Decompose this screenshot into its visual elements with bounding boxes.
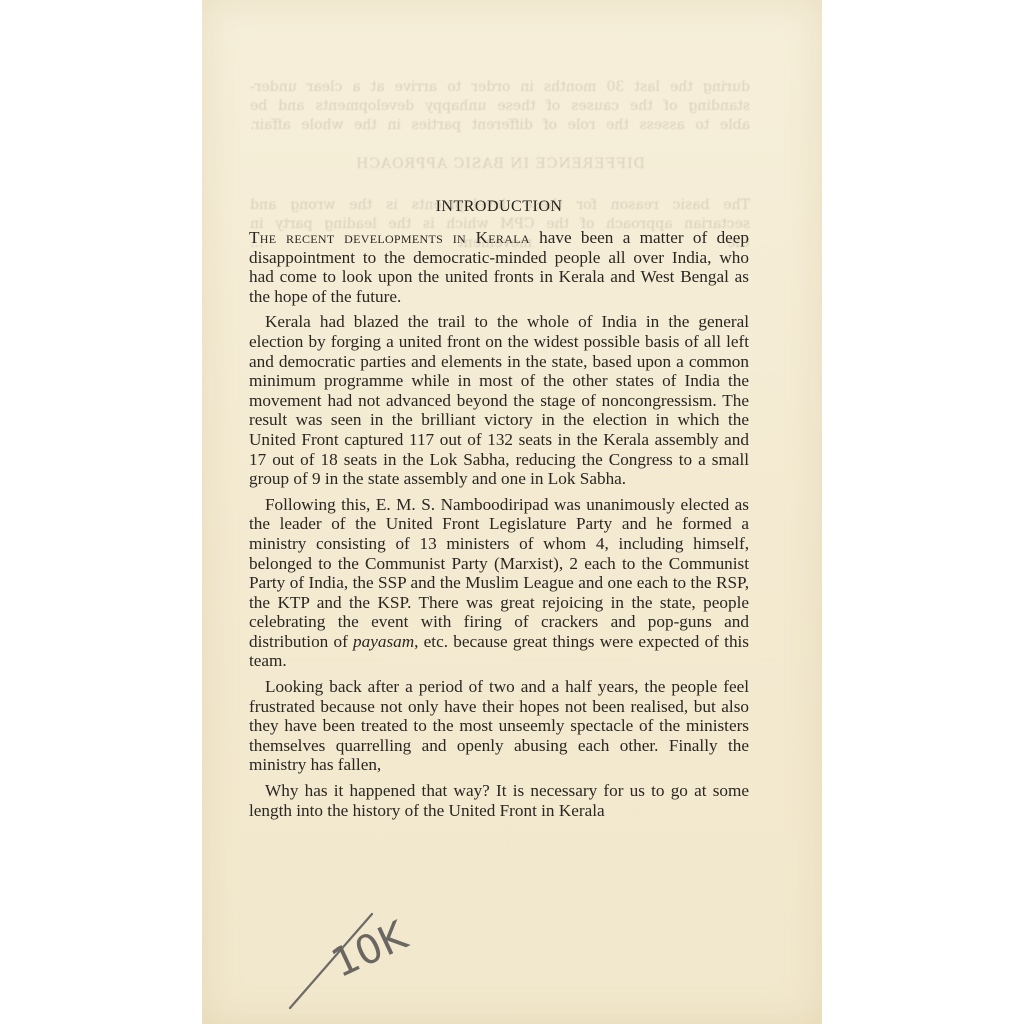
showthrough-line: during the last 30 months in order to ar…: [250, 78, 750, 97]
document-page: during the last 30 months in order to ar…: [202, 0, 822, 1024]
showthrough-heading: DIFFERENCE IN BASIC APPROACH: [250, 155, 750, 174]
showthrough-line: able to assess the role of different par…: [250, 116, 750, 135]
paragraph-2: Kerala had blazed the trail to the whole…: [249, 312, 749, 488]
paragraph-3-italic-term: payasam: [353, 632, 414, 651]
pencil-annotation: 10K: [262, 900, 442, 1020]
pencil-handwritten-text: 10K: [325, 912, 416, 987]
paragraph-1: The recent developments in Kerala have b…: [249, 228, 749, 306]
lead-in-smallcaps: The recent developments in Kerala: [249, 228, 530, 247]
paragraph-3: Following this, E. M. S. Namboodiripad w…: [249, 495, 749, 671]
showthrough-line: standing of the causes of these unhappy …: [250, 97, 750, 116]
page-title: INTRODUCTION: [249, 196, 749, 218]
paragraph-5: Why has it happened that way? It is nece…: [249, 781, 749, 820]
paragraph-4: Looking back after a period of two and a…: [249, 677, 749, 775]
paragraph-3-text: Following this, E. M. S. Namboodiripad w…: [249, 495, 749, 651]
document-body: INTRODUCTION The recent developments in …: [249, 196, 749, 826]
